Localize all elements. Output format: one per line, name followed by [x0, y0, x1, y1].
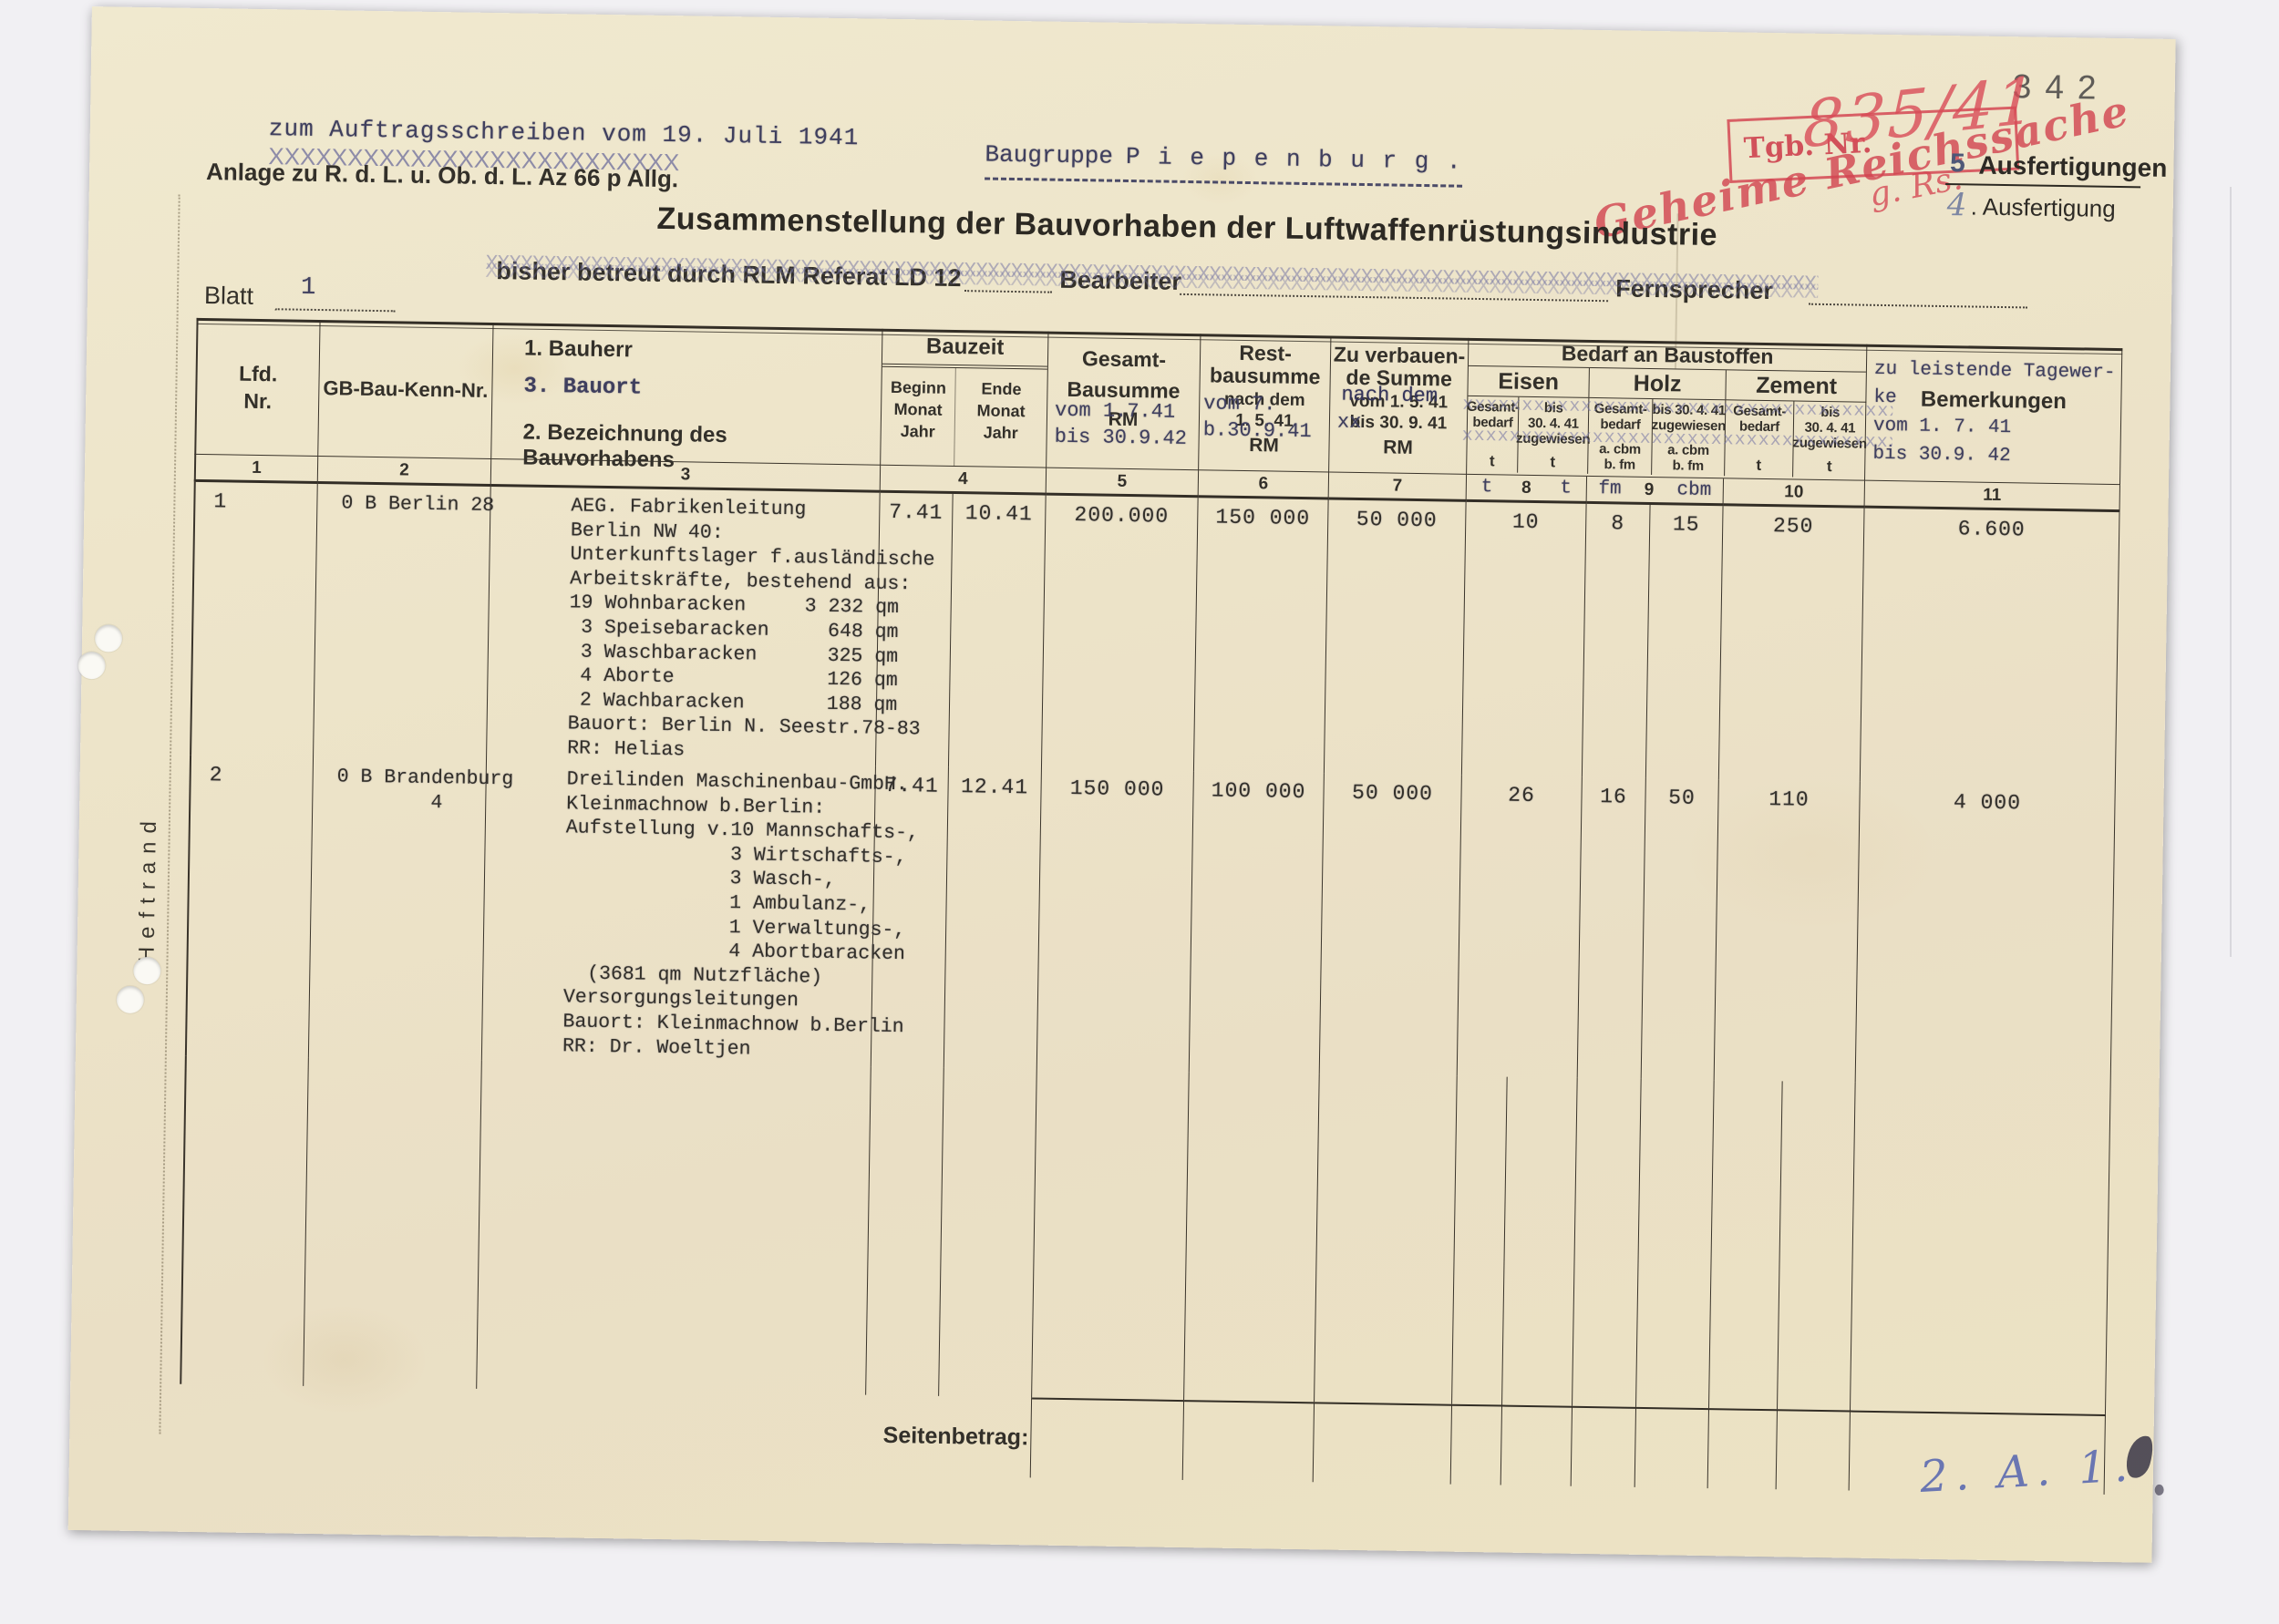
empty-cell [1709, 1080, 1783, 1409]
seitenbetrag-cell [1183, 1400, 1315, 1482]
empty-cell [939, 1068, 1037, 1398]
row2-description: Dreilinden Maschinenbau-GmbH. Kleinmachn… [482, 760, 876, 1067]
copies-underline [1945, 183, 2140, 188]
empty-cell [304, 1058, 482, 1389]
seitenbetrag-cell [1635, 1407, 1709, 1488]
empty-cell [1851, 1083, 2111, 1414]
row2-kenn-nr: 0 B Brandenburg 4 [309, 757, 487, 1061]
rm-unit: RM [1329, 436, 1466, 459]
typed-unit-t: t [1560, 478, 1572, 499]
empty-cell [1032, 1069, 1190, 1400]
bauort-typed-label: 3. Bauort [523, 375, 642, 401]
tagewerke-typed-overlay: zu leistende Tagewer- ke vom 1. 7. 41 bi… [1872, 355, 2116, 472]
seitenbetrag-cell [1451, 1404, 1502, 1485]
empty-cell [1636, 1079, 1715, 1408]
row2-zu-verbauende-summe: 50 000 [1320, 773, 1462, 1075]
col-number-8-value: 8 [1521, 478, 1531, 498]
empty-cell [477, 1061, 871, 1395]
seitenbetrag-cell [1572, 1406, 1636, 1487]
ink-dot [2155, 1485, 2164, 1496]
bauvorhaben-table: xxxxxxxxxxxxxxxxxxxxxxxxxxxxxxxxxxxxxxxx… [179, 318, 2122, 1495]
col-header-bezeichnung: 1. Bauherr 3. Bauort 2. Bezeichnung des … [491, 323, 882, 466]
dotted-leader [1809, 276, 2027, 309]
seitenbetrag-cell [1501, 1405, 1573, 1486]
empty-cell [1315, 1074, 1458, 1403]
beginn-label: Beginn Monat Jahr [881, 367, 955, 467]
row1-holz-zugewiesen: 15 [1646, 505, 1724, 779]
unit-t: t [1490, 452, 1495, 470]
copy-number-handwritten: 4 [1946, 187, 1966, 223]
punch-hole [117, 986, 144, 1013]
empty-cell [1452, 1076, 1508, 1405]
row1-eisen: 10 [1462, 502, 1587, 777]
row1-tagewerke: 6.600 [1861, 509, 2120, 786]
col-number-9-value: 9 [1645, 479, 1655, 499]
col-header-bemerkungen: zu leistende Tagewer- ke vom 1. 7. 41 bi… [1865, 344, 2122, 485]
row1-zu-verbauende-summe: 50 000 [1325, 499, 1467, 775]
row1-lfd-nr: 1 [190, 482, 318, 757]
ende-label: Ende Monat Jahr [954, 368, 1047, 468]
col-number-10: 10 [1724, 478, 1865, 508]
eisen-group: Eisen Gesamt- bedarf t bis 30. 4. 41 zug… [1467, 366, 1589, 474]
seitenbetrag-label: Seitenbetrag: [865, 1395, 1032, 1478]
row2-lfd-nr: 2 [185, 755, 314, 1058]
col-number-11: 11 [1865, 481, 2120, 512]
col-number-1: 1 [194, 455, 318, 484]
col-number-6: 6 [1199, 470, 1329, 499]
col-number-2: 2 [318, 457, 491, 487]
row1-ende: 10.41 [949, 494, 1047, 769]
unit-t: t [1756, 457, 1761, 475]
holz-group: Holz Gesamt- bedarf a. cbm b. fm bis 30.… [1587, 368, 1726, 476]
col-header-lfd-nr: Lfd. Nr. [194, 318, 320, 457]
typed-unit-t: t [1481, 477, 1493, 498]
empty-cell [1502, 1077, 1578, 1406]
empty-cell [180, 1056, 309, 1386]
bauherr-label: 1. Bauherr [524, 336, 633, 364]
document-paper: zum Auftragsschreiben vom 19. Juli 1941 … [68, 6, 2176, 1563]
blatt-label: Blatt [204, 282, 254, 311]
unit-t: t [1827, 457, 1832, 476]
zement-group: Zement Gesamt- bedarf t bis 30. 4. 41 zu… [1724, 370, 1867, 478]
row2-gesamt-bausumme: 150 000 [1037, 769, 1194, 1073]
empty-cell [1573, 1078, 1642, 1407]
row1-restbausumme: 150 000 [1194, 498, 1329, 773]
punch-hole [77, 652, 105, 679]
col-header-restbausumme: Rest- bausumme nach dem 1. 5. 41 RM vom … [1199, 334, 1331, 472]
col-number-9: fm 9 cbm [1587, 477, 1724, 506]
copies-count: 5 [1949, 149, 1966, 180]
blatt-dotted-line [275, 281, 396, 312]
underlying-sheet-edge [2230, 187, 2232, 957]
col-header-bauzeit: Bauzeit Beginn Monat Jahr Ende Monat Jah… [881, 329, 1048, 468]
row2-ende: 12.41 [944, 767, 1042, 1070]
row1-zement: 250 [1719, 506, 1865, 781]
row2-zement: 110 [1715, 779, 1861, 1082]
col-number-4: 4 [881, 466, 1047, 496]
row2-restbausumme: 100 000 [1190, 771, 1325, 1074]
col-header-gb-bau-kenn-nr: GB-Bau-Kenn-Nr. [318, 320, 493, 459]
col-header-zu-verbauende-summe: Zu verbauen- de Summe vom 1. 5. 41 bis 3… [1329, 335, 1469, 474]
baugruppe-label: Baugruppe [985, 140, 1113, 170]
copies-label: Ausfertigungen [1978, 151, 2167, 183]
baugruppe-name: P i e p e n b u r g . [1126, 143, 1463, 176]
eisen-label: Eisen [1468, 366, 1589, 398]
seitenbetrag-cell [1031, 1397, 1184, 1480]
empty-cell [1778, 1081, 1856, 1410]
empty-cell [866, 1067, 944, 1396]
seitenbetrag-cell [1708, 1408, 1778, 1489]
seitenbetrag-cell [1777, 1409, 1851, 1490]
typed-unit-cbm: cbm [1676, 479, 1711, 501]
unit-t: t [1550, 453, 1555, 471]
row1-description: AEG. Fabrikenleitung Berlin NW 40: Unter… [487, 487, 881, 766]
blatt-value: 1 [301, 274, 316, 302]
col-header-gesamt-bausumme: Gesamt- Bausumme RM vom 1.7.41 bis 30.9.… [1047, 332, 1201, 471]
row1-gesamt-bausumme: 200.000 [1042, 496, 1199, 772]
row2-holz-zugewiesen: 50 [1642, 778, 1719, 1080]
row2-eisen: 26 [1458, 776, 1583, 1078]
empty-cell [1184, 1072, 1320, 1402]
typed-date-overlay: vom 7. b.30.9.41 [1203, 390, 1313, 445]
row2-holz-gesamtbedarf: 16 [1578, 777, 1646, 1079]
copy-label: . Ausfertigung [1971, 192, 2116, 222]
col-number-8: t 8 t [1467, 475, 1587, 504]
typed-date-overlay: vom 1.7.41 bis 30.9.42 [1054, 397, 1187, 452]
typed-unit-fm: fm [1598, 478, 1622, 499]
gesamt-bausumme-label: Gesamt- Bausumme [1047, 332, 1200, 407]
zement-label: Zement [1726, 370, 1866, 402]
baugruppe-line: BaugruppeP i e p e n b u r g . [985, 140, 1463, 187]
col-number-7: 7 [1329, 472, 1467, 501]
typed-overlay: nach dem [1341, 382, 1438, 410]
row1-holz-gesamtbedarf: 8 [1583, 504, 1651, 778]
document-title: Zusammenstellung der Bauvorhaben der Luf… [635, 200, 1738, 253]
row2-tagewerke: 4 000 [1856, 782, 2116, 1086]
holz-label: Holz [1589, 368, 1726, 400]
col-number-5: 5 [1047, 468, 1199, 499]
typed-strike-overlay: xx [1337, 409, 1362, 436]
punch-hole [95, 624, 122, 652]
row1-kenn-nr: 0 B Berlin 28 [314, 484, 491, 760]
seitenbetrag-cell [1314, 1402, 1452, 1484]
